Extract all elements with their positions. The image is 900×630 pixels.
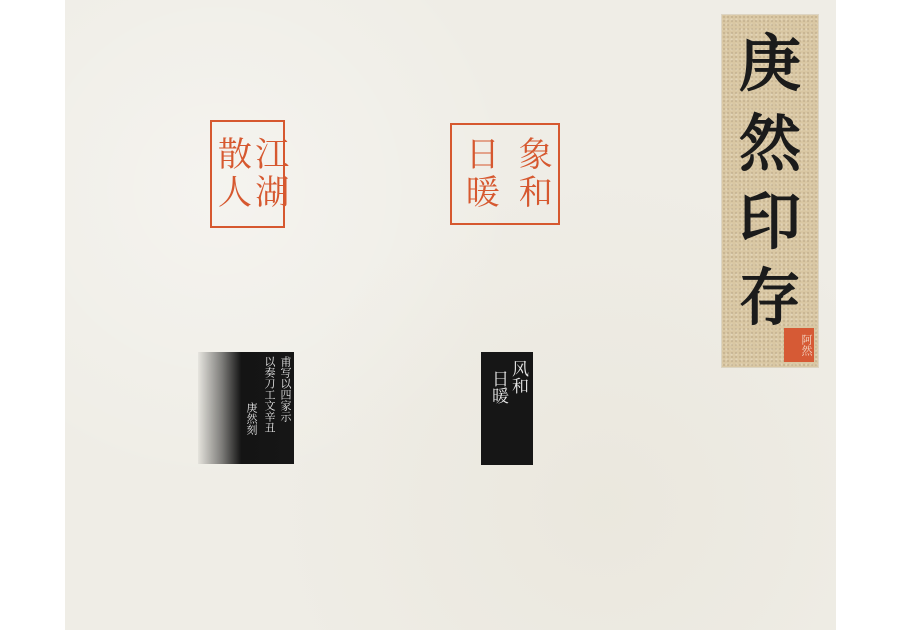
- rubbing-2-col-2: 日暖: [489, 370, 507, 404]
- seal-1-column-left: 散人: [212, 136, 249, 212]
- seal-2-column-left: 日暖: [460, 136, 497, 212]
- rubbing-1-col-2: 以奏刀工文辛丑: [263, 356, 276, 433]
- seal-impression-1: 江湖 散人: [210, 120, 285, 228]
- inscription-rubbing-2: 风和 日暖: [481, 352, 533, 465]
- title-char-3: 印: [722, 191, 818, 253]
- seal-2-column-right: 象和: [513, 136, 550, 212]
- title-char-2: 然: [722, 113, 818, 175]
- label-artist-seal: 阿然: [784, 328, 814, 362]
- inscription-rubbing-1: 甫写以四家示 以奏刀工文辛丑 庚然刻: [198, 352, 294, 464]
- seal-impression-2: 象和 日暖: [450, 123, 560, 225]
- title-label-strip: 庚 然 印 存 阿然: [722, 15, 818, 367]
- title-char-1: 庚: [722, 33, 818, 95]
- album-leaf-paper: 庚 然 印 存 阿然 江湖 散人 象和 日暖 甫写以四家示 以奏刀工文辛丑 庚然…: [65, 0, 836, 630]
- rubbing-2-col-1: 风和: [509, 360, 527, 394]
- rubbing-1-col-3: 庚然刻: [245, 402, 258, 435]
- title-char-4: 存: [722, 267, 818, 329]
- rubbing-1-col-1: 甫写以四家示: [279, 356, 292, 422]
- seal-1-column-right: 江湖: [249, 136, 286, 212]
